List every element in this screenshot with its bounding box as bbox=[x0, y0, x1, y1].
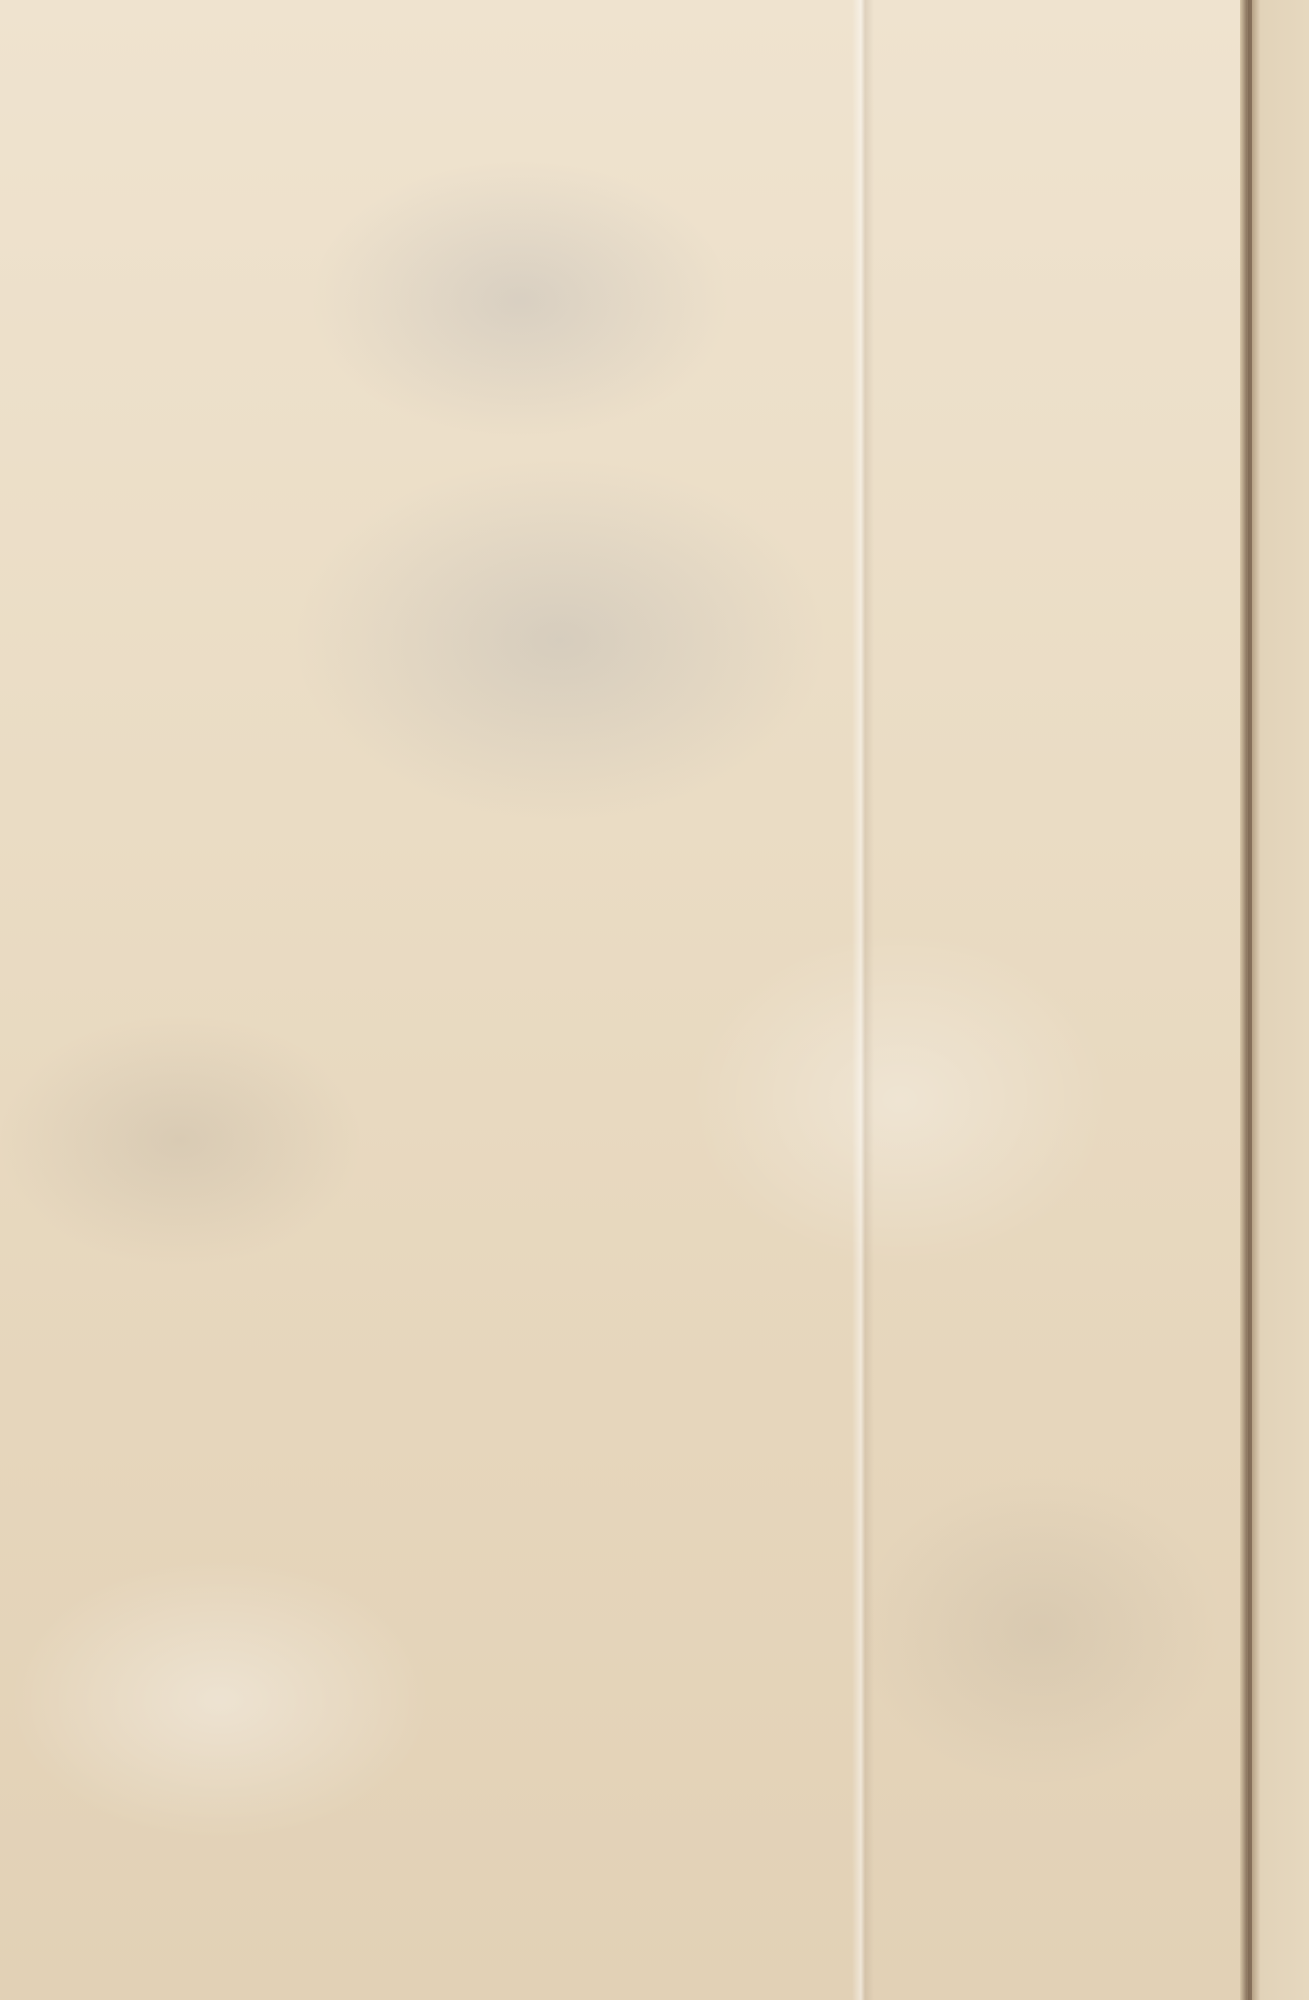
page-fold-crease bbox=[852, 0, 874, 2000]
binding-line bbox=[1248, 0, 1252, 2000]
manuscript-page bbox=[0, 0, 1309, 2000]
